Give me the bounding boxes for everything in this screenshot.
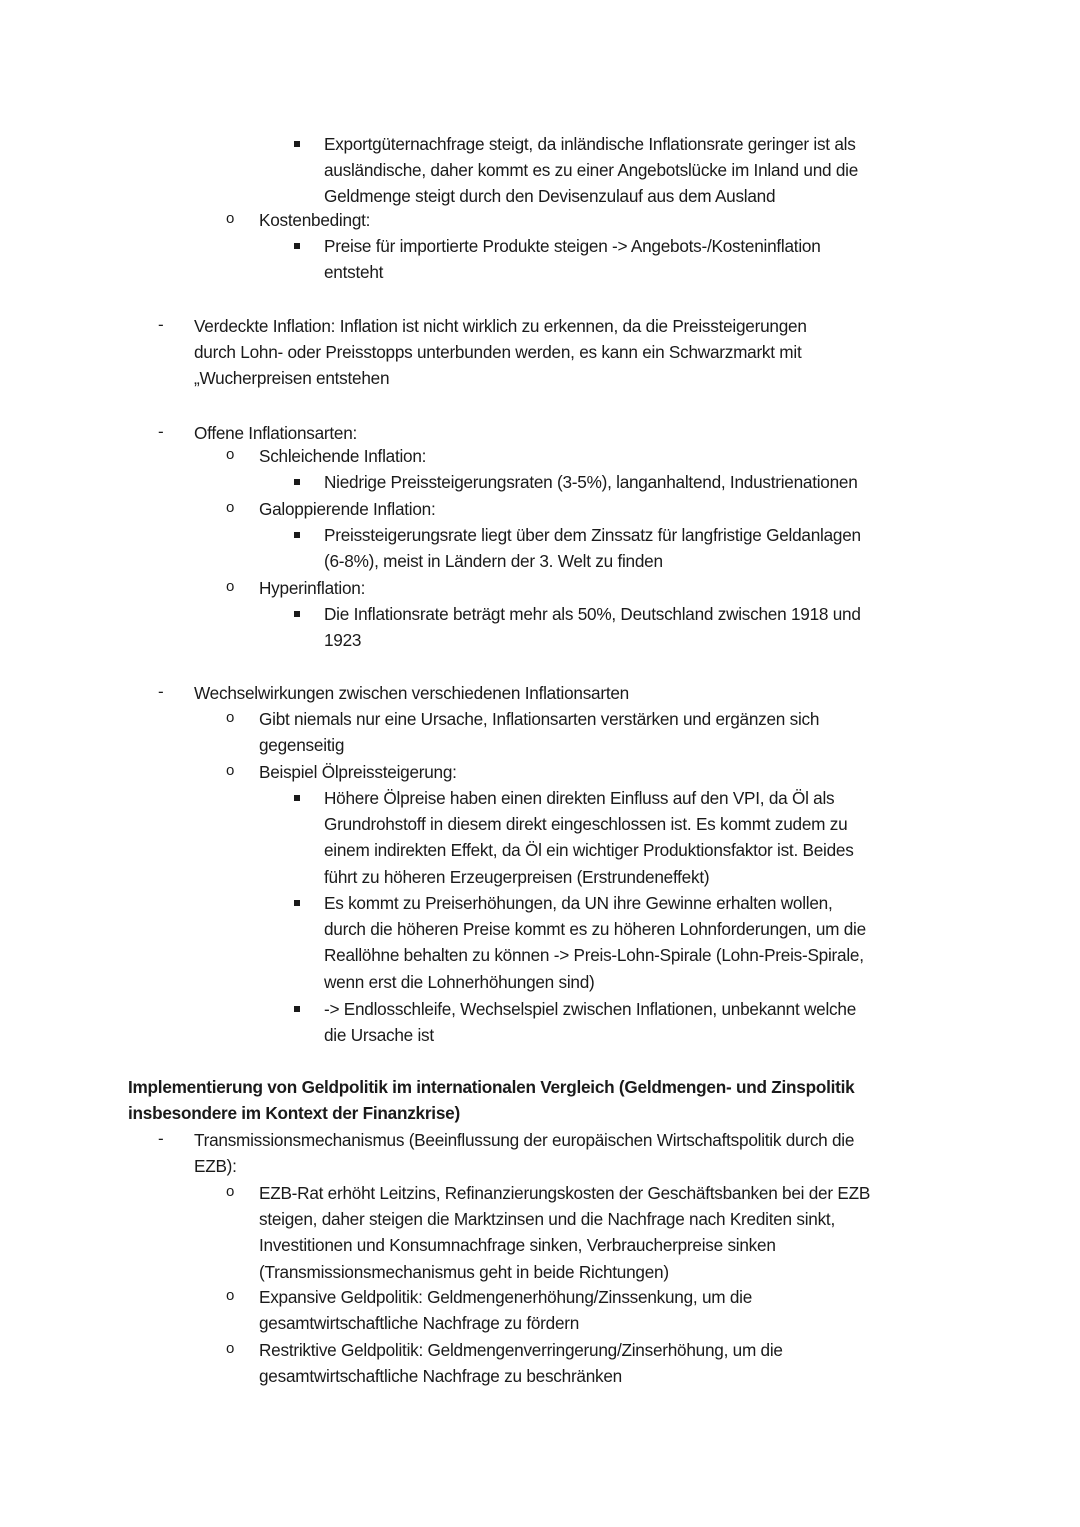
text-line: Investitionen und Konsumnachfrage sinken…: [259, 1232, 776, 1258]
text-line: einem indirekten Effekt, da Öl ein wicht…: [324, 837, 854, 863]
text-line: Hyperinflation:: [259, 575, 365, 601]
circle-bullet-icon: o: [226, 442, 234, 468]
text-line: -> Endlosschleife, Wechselspiel zwischen…: [324, 996, 856, 1022]
text-line: Grundrohstoff in diesem direkt eingeschl…: [324, 811, 847, 837]
text-line: führt zu höheren Erzeugerpreisen (Erstru…: [324, 864, 709, 890]
text-line: EZB):: [194, 1153, 237, 1179]
square-bullet-icon: [294, 243, 300, 249]
text-line: Schleichende Inflation:: [259, 443, 426, 469]
square-bullet-icon: [294, 611, 300, 617]
text-line: Beispiel Ölpreissteigerung:: [259, 759, 457, 785]
text-line: „Wucherpreisen entstehen: [194, 365, 389, 391]
circle-bullet-icon: o: [226, 705, 234, 731]
text-line: Die Inflationsrate beträgt mehr als 50%,…: [324, 601, 861, 627]
square-bullet-icon: [294, 532, 300, 538]
text-line: Implementierung von Geldpolitik im inter…: [128, 1074, 854, 1100]
text-line: ausländische, daher kommt es zu einer An…: [324, 157, 858, 183]
text-line: Wechselwirkungen zwischen verschiedenen …: [194, 680, 629, 706]
text-line: entsteht: [324, 259, 383, 285]
text-line: insbesondere im Kontext der Finanzkrise): [128, 1100, 460, 1126]
dash-bullet-icon: -: [158, 419, 168, 445]
text-line: Gibt niemals nur eine Ursache, Inflation…: [259, 706, 819, 732]
text-line: wenn erst die Lohnerhöhungen sind): [324, 969, 595, 995]
document-page: Exportgüternachfrage steigt, da inländis…: [0, 0, 1080, 1527]
text-line: Expansive Geldpolitik: Geldmengenerhöhun…: [259, 1284, 752, 1310]
square-bullet-icon: [294, 141, 300, 147]
circle-bullet-icon: o: [226, 758, 234, 784]
text-line: (6-8%), meist in Ländern der 3. Welt zu …: [324, 548, 663, 574]
text-line: 1923: [324, 627, 361, 653]
text-line: Preise für importierte Produkte steigen …: [324, 233, 821, 259]
text-line: Kostenbedingt:: [259, 207, 370, 233]
dash-bullet-icon: -: [158, 312, 168, 338]
square-bullet-icon: [294, 479, 300, 485]
square-bullet-icon: [294, 795, 300, 801]
text-line: durch Lohn- oder Preisstopps unterbunden…: [194, 339, 801, 365]
circle-bullet-icon: o: [226, 495, 234, 521]
dash-bullet-icon: -: [158, 1126, 168, 1152]
circle-bullet-icon: o: [226, 574, 234, 600]
text-line: gegenseitig: [259, 732, 344, 758]
text-line: durch die höheren Preise kommt es zu höh…: [324, 916, 866, 942]
text-line: gesamtwirtschaftliche Nachfrage zu förde…: [259, 1310, 579, 1336]
text-line: die Ursache ist: [324, 1022, 434, 1048]
circle-bullet-icon: o: [226, 1336, 234, 1362]
text-line: steigen, daher steigen die Marktzinsen u…: [259, 1206, 835, 1232]
circle-bullet-icon: o: [226, 1179, 234, 1205]
text-line: Verdeckte Inflation: Inflation ist nicht…: [194, 313, 807, 339]
text-line: Preissteigerungsrate liegt über dem Zins…: [324, 522, 861, 548]
square-bullet-icon: [294, 1006, 300, 1012]
text-line: (Transmissionsmechanismus geht in beide …: [259, 1259, 669, 1285]
circle-bullet-icon: o: [226, 1283, 234, 1309]
square-bullet-icon: [294, 900, 300, 906]
text-line: Höhere Ölpreise haben einen direkten Ein…: [324, 785, 834, 811]
text-line: Geldmenge steigt durch den Devisenzulauf…: [324, 183, 775, 209]
text-line: Reallöhne behalten zu können -> Preis-Lo…: [324, 942, 864, 968]
circle-bullet-icon: o: [226, 206, 234, 232]
text-line: Transmissionsmechanismus (Beeinflussung …: [194, 1127, 854, 1153]
dash-bullet-icon: -: [158, 679, 168, 705]
text-line: Exportgüternachfrage steigt, da inländis…: [324, 131, 856, 157]
text-line: EZB-Rat erhöht Leitzins, Refinanzierungs…: [259, 1180, 870, 1206]
text-line: Niedrige Preissteigerungsraten (3-5%), l…: [324, 469, 858, 495]
text-line: Galoppierende Inflation:: [259, 496, 436, 522]
text-line: Restriktive Geldpolitik: Geldmengenverri…: [259, 1337, 783, 1363]
text-line: gesamtwirtschaftliche Nachfrage zu besch…: [259, 1363, 622, 1389]
text-line: Es kommt zu Preiserhöhungen, da UN ihre …: [324, 890, 833, 916]
